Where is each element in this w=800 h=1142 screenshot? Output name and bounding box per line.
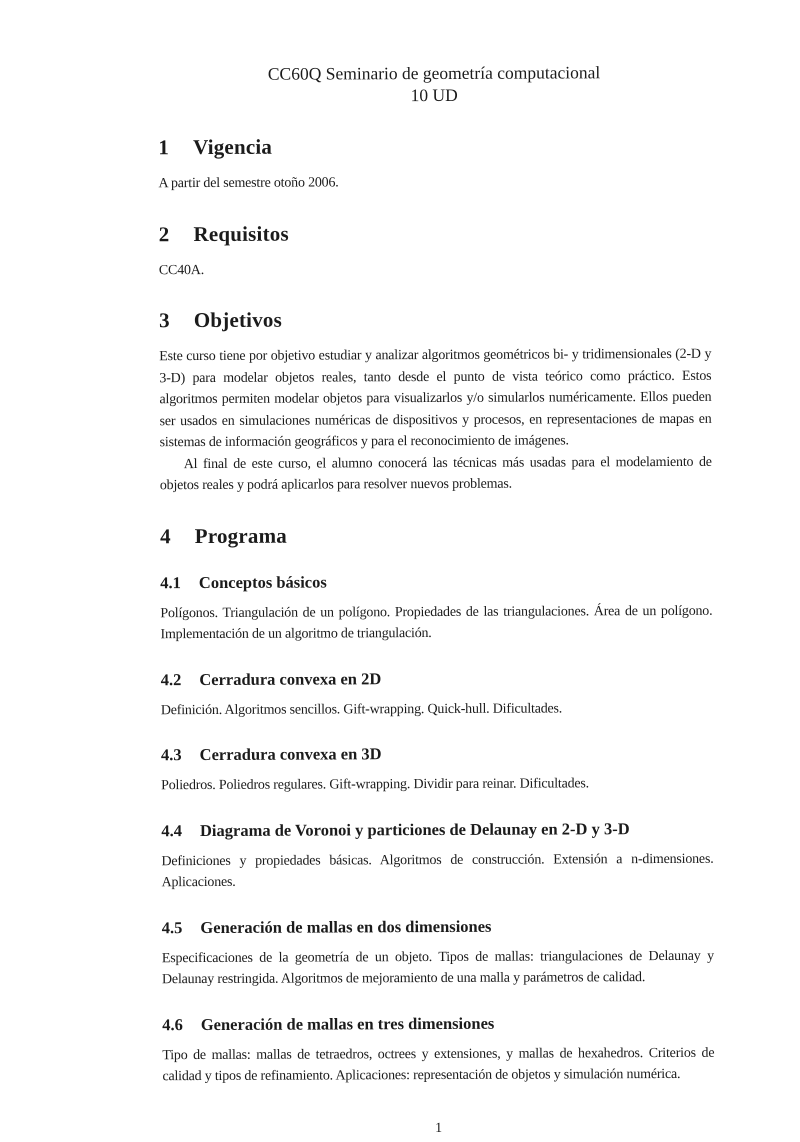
section-number: 4 — [160, 524, 171, 549]
subsection-mallas-dos-dimensiones: 4.5Generación de mallas en dos dimension… — [162, 915, 714, 990]
section-body-vigencia: A partir del semestre otoño 2006. — [158, 171, 710, 195]
subsection-number: 4.3 — [161, 745, 182, 765]
section-heading-programa: 4Programa — [160, 521, 712, 548]
scanned-sheet: CC60Q Seminario de geometría computacion… — [158, 61, 715, 1138]
objetivos-paragraph-1: Este curso tiene por objetivo estudiar y… — [159, 344, 711, 454]
subsection-conceptos-basicos: 4.1Conceptos básicos Polígonos. Triangul… — [160, 570, 712, 645]
subsection-body-cerradura-convexa-2d: Definición. Algoritmos sencillos. Gift-w… — [161, 697, 713, 721]
section-body-requisitos: CC40A. — [159, 257, 711, 281]
subsection-title: Generación de mallas en tres dimensiones — [201, 1013, 495, 1033]
subsection-cerradura-convexa-2d: 4.2Cerradura convexa en 2D Definición. A… — [161, 667, 713, 721]
section-number: 3 — [159, 308, 170, 333]
subsection-body-cerradura-convexa-3d: Poliedros. Poliedros regulares. Gift-wra… — [161, 773, 713, 797]
section-title: Programa — [195, 523, 287, 547]
subsection-number: 4.6 — [162, 1015, 183, 1035]
subsection-number: 4.1 — [160, 573, 181, 593]
subsection-body-conceptos-basicos: Polígonos. Triangulación de un polígono.… — [160, 600, 712, 645]
section-heading-vigencia: 1Vigencia — [158, 133, 710, 160]
section-heading-requisitos: 2Requisitos — [159, 219, 711, 246]
section-heading-objetivos: 3Objetivos — [159, 306, 711, 333]
subsection-title: Conceptos básicos — [199, 572, 327, 592]
page-footer: 1 — [163, 1119, 715, 1137]
subsection-number: 4.2 — [161, 670, 182, 690]
subsection-number: 4.4 — [161, 821, 182, 841]
subsection-title: Cerradura convexa en 3D — [200, 744, 382, 764]
subsection-number: 4.5 — [162, 918, 183, 938]
subsection-body-mallas-dos-dimensiones: Especificaciones de la geometría de un o… — [162, 945, 714, 990]
document-page: CC60Q Seminario de geometría computacion… — [0, 0, 800, 1142]
subsection-heading-voronoi-delaunay: 4.4Diagrama de Voronoi y particiones de … — [161, 818, 713, 840]
subsection-voronoi-delaunay: 4.4Diagrama de Voronoi y particiones de … — [161, 818, 713, 893]
document-subtitle: 10 UD — [158, 84, 710, 107]
subsection-heading-mallas-tres-dimensiones: 4.6Generación de mallas en tres dimensio… — [162, 1012, 714, 1034]
subsection-mallas-tres-dimensiones: 4.6Generación de mallas en tres dimensio… — [162, 1012, 714, 1087]
subsection-body-voronoi-delaunay: Definiciones y propiedades básicas. Algo… — [161, 848, 713, 893]
section-title: Vigencia — [193, 135, 272, 159]
subsection-heading-cerradura-convexa-2d: 4.2Cerradura convexa en 2D — [161, 667, 713, 689]
subsection-heading-conceptos-basicos: 4.1Conceptos básicos — [160, 570, 712, 592]
section-title: Objetivos — [194, 308, 282, 332]
subsection-cerradura-convexa-3d: 4.3Cerradura convexa en 3D Poliedros. Po… — [161, 743, 713, 797]
objetivos-paragraph-2: Al final de este curso, el alumno conoce… — [160, 451, 712, 496]
subsection-body-mallas-tres-dimensiones: Tipo de mallas: mallas de tetraedros, oc… — [162, 1042, 714, 1087]
document-title: CC60Q Seminario de geometría computacion… — [158, 61, 710, 86]
section-number: 1 — [158, 135, 169, 160]
section-vigencia: 1Vigencia A partir del semestre otoño 20… — [158, 133, 710, 195]
section-requisitos: 2Requisitos CC40A. — [159, 219, 711, 281]
subsection-title: Cerradura convexa en 2D — [199, 669, 381, 689]
section-title: Requisitos — [193, 221, 288, 245]
subsection-heading-cerradura-convexa-3d: 4.3Cerradura convexa en 3D — [161, 743, 713, 765]
document-header: CC60Q Seminario de geometría computacion… — [158, 61, 710, 107]
subsection-title: Generación de mallas en dos dimensiones — [200, 916, 491, 936]
section-programa: 4Programa 4.1Conceptos básicos Polígonos… — [160, 521, 714, 1087]
subsection-title: Diagrama de Voronoi y particiones de Del… — [200, 819, 630, 840]
page-number: 1 — [435, 1120, 442, 1135]
section-number: 2 — [159, 222, 170, 247]
section-objetivos: 3Objetivos Este curso tiene por objetivo… — [159, 306, 712, 497]
subsection-heading-mallas-dos-dimensiones: 4.5Generación de mallas en dos dimension… — [162, 915, 714, 937]
